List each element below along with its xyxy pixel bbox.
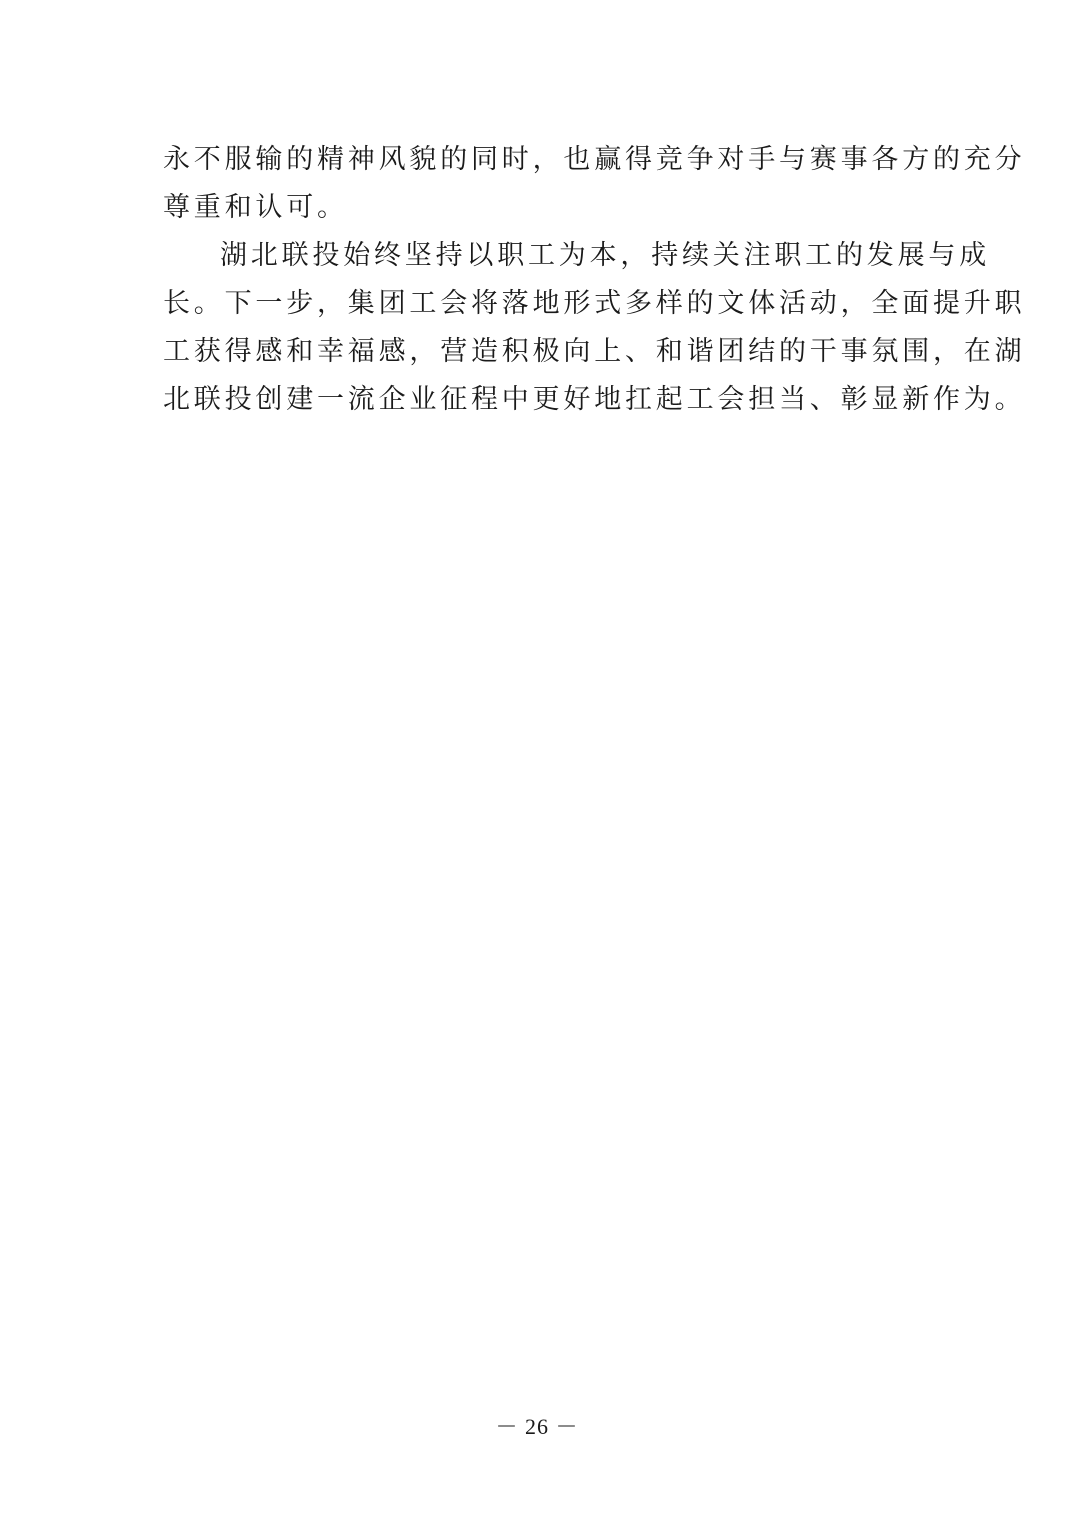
text-line: 北联投创建一流企业征程中更好地扛起工会担当、彰显新作为。	[163, 376, 915, 424]
page-number: － 26 －	[0, 1412, 1074, 1442]
text-line: 永不服输的精神风貌的同时，也赢得竞争对手与赛事各方的充分	[163, 136, 915, 184]
paragraph-1: 永不服输的精神风貌的同时，也赢得竞争对手与赛事各方的充分 尊重和认可。	[163, 136, 915, 232]
text-line: 长。下一步，集团工会将落地形式多样的文体活动，全面提升职	[163, 280, 915, 328]
body-text: 永不服输的精神风貌的同时，也赢得竞争对手与赛事各方的充分 尊重和认可。 湖北联投…	[163, 136, 915, 424]
paragraph-2: 湖北联投始终坚持以职工为本，持续关注职工的发展与成 长。下一步，集团工会将落地形…	[163, 232, 915, 424]
text-line: 工获得感和幸福感，营造积极向上、和谐团结的干事氛围，在湖	[163, 328, 915, 376]
document-page: 永不服输的精神风貌的同时，也赢得竞争对手与赛事各方的充分 尊重和认可。 湖北联投…	[0, 0, 1074, 1520]
text-line: 尊重和认可。	[163, 184, 915, 232]
text-line: 湖北联投始终坚持以职工为本，持续关注职工的发展与成	[163, 232, 915, 280]
